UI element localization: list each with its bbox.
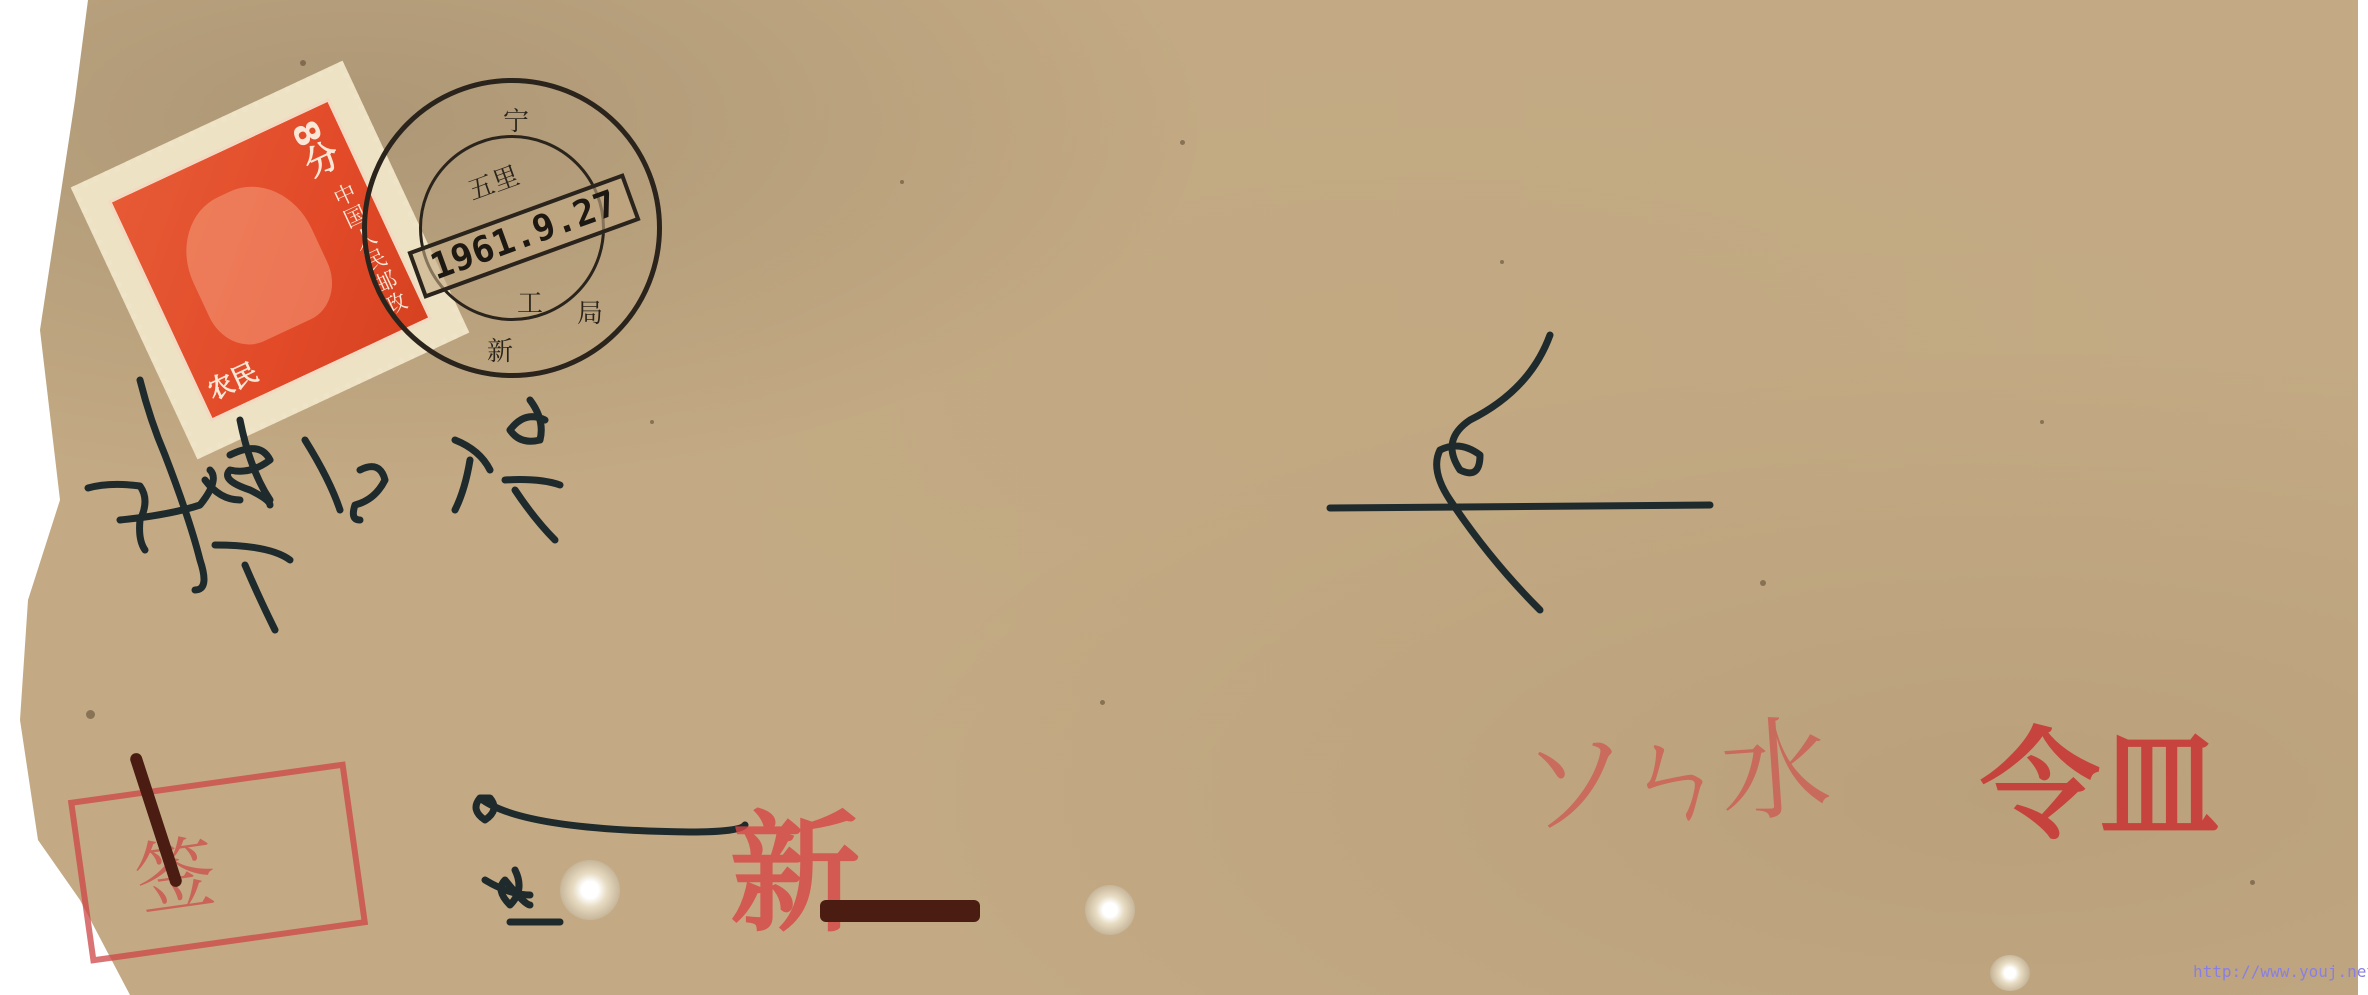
staple-hole xyxy=(1085,885,1135,935)
red-seal-right-faint: ソㄣ水 xyxy=(1515,680,1825,859)
watermark-url: http://www.youj.net/ xyxy=(2193,962,2368,981)
red-seal-middle: 新 xyxy=(730,770,860,957)
envelope: 8分 中国人民邮政 农民 宁 五里 1961.9.27 工 局 新 xyxy=(0,0,2368,995)
red-seal-right-strong: 令皿 xyxy=(1980,690,2220,862)
staple-hole xyxy=(560,860,620,920)
rust-mark-middle xyxy=(820,900,980,922)
staple-hole xyxy=(1990,955,2030,991)
